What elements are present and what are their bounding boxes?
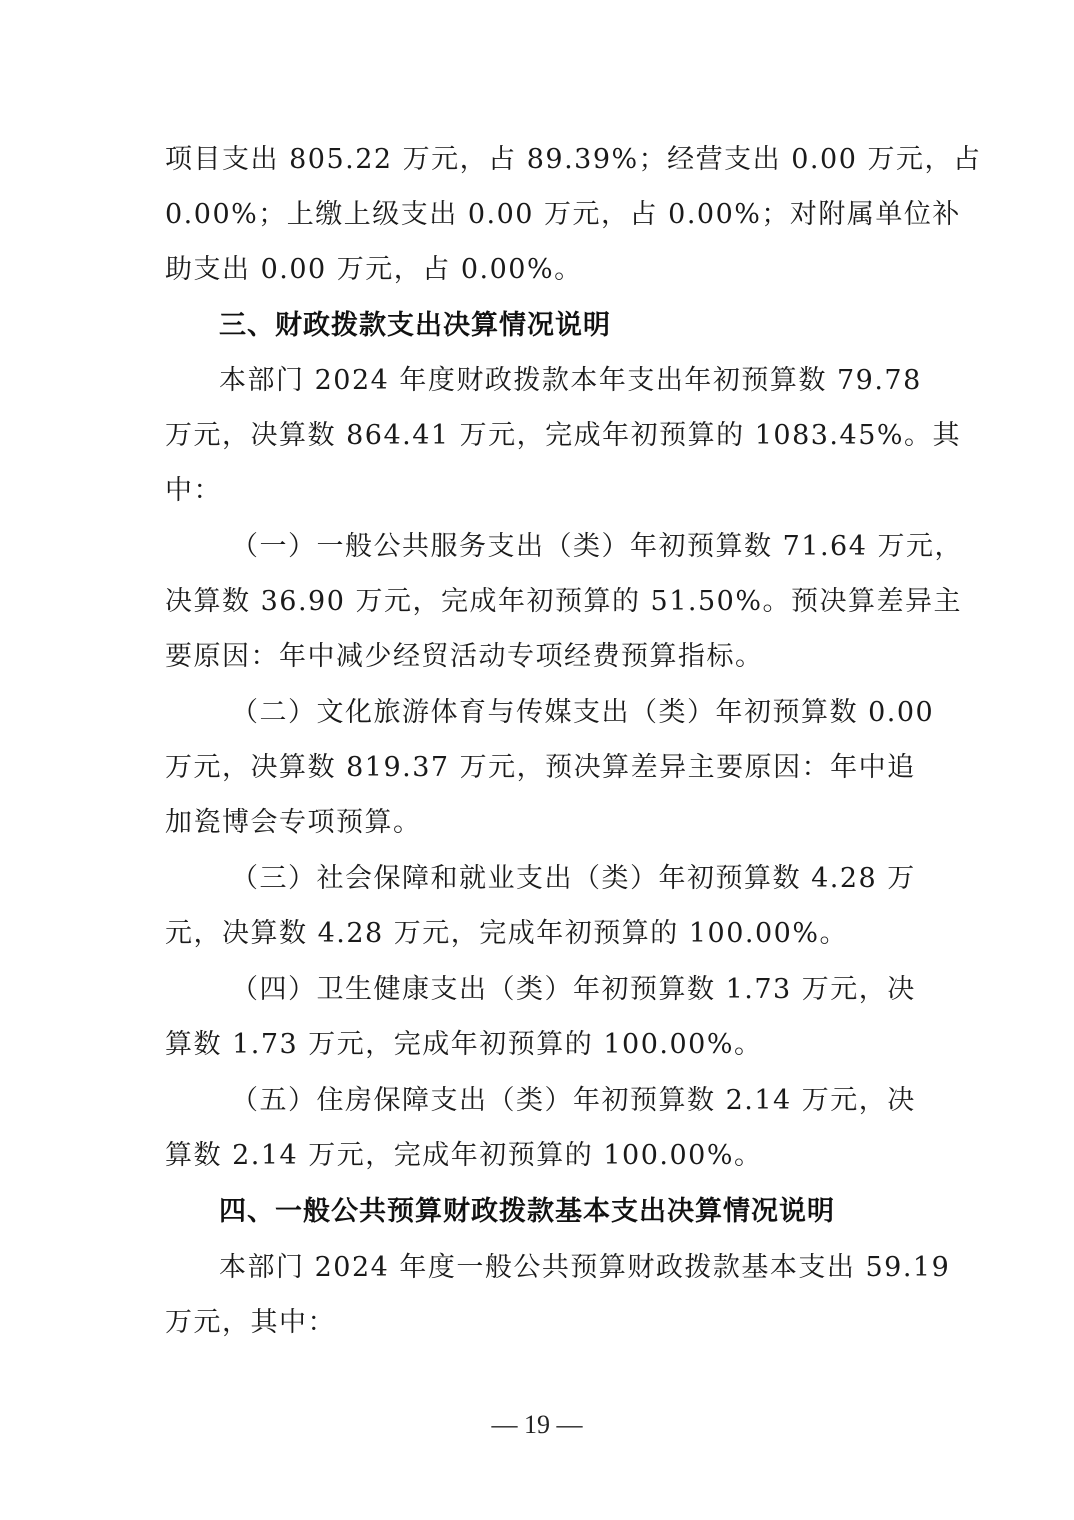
body-text-line: 本部门 2024 年度一般公共预算财政拨款基本支出 59.19 [219, 1251, 969, 1285]
item-5-line: （五）住房保障支出（类）年初预算数 2.14 万元，决 [231, 1084, 981, 1118]
body-text-line: 万元，决算数 864.41 万元，完成年初预算的 1083.45%。其 [165, 419, 915, 453]
section-heading-3: 三、财政拨款支出决算情况说明 [219, 309, 969, 343]
document-page: 项目支出 805.22 万元，占 89.39%；经营支出 0.00 万元，占 0… [0, 0, 1074, 1520]
section-heading-4: 四、一般公共预算财政拨款基本支出决算情况说明 [219, 1195, 969, 1229]
page-number: — 19 — [0, 1410, 1074, 1440]
item-5-line: 算数 2.14 万元，完成年初预算的 100.00%。 [165, 1139, 915, 1173]
item-2-line: 万元，决算数 819.37 万元，预决算差异主要原因：年中追 [165, 751, 915, 785]
body-text-line: 本部门 2024 年度财政拨款本年支出年初预算数 79.78 [219, 364, 969, 398]
item-2-line: 加瓷博会专项预算。 [165, 806, 915, 840]
body-text-line: 0.00%；上缴上级支出 0.00 万元，占 0.00%；对附属单位补 [165, 198, 915, 232]
item-2-line: （二）文化旅游体育与传媒支出（类）年初预算数 0.00 [231, 696, 981, 730]
item-4-line: 算数 1.73 万元，完成年初预算的 100.00%。 [165, 1028, 915, 1062]
body-text-line: 中： [165, 474, 915, 508]
body-text-line: 项目支出 805.22 万元，占 89.39%；经营支出 0.00 万元，占 [165, 143, 915, 177]
item-3-line: 元，决算数 4.28 万元，完成年初预算的 100.00%。 [165, 917, 915, 951]
item-1-line: 要原因：年中减少经贸活动专项经费预算指标。 [165, 640, 915, 674]
body-text-line: 万元，其中： [165, 1306, 915, 1340]
item-1-line: 决算数 36.90 万元，完成年初预算的 51.50%。预决算差异主 [165, 585, 915, 619]
item-1-line: （一）一般公共服务支出（类）年初预算数 71.64 万元， [231, 530, 981, 564]
body-text-line: 助支出 0.00 万元，占 0.00%。 [165, 253, 915, 287]
item-3-line: （三）社会保障和就业支出（类）年初预算数 4.28 万 [231, 862, 981, 896]
item-4-line: （四）卫生健康支出（类）年初预算数 1.73 万元，决 [231, 973, 981, 1007]
